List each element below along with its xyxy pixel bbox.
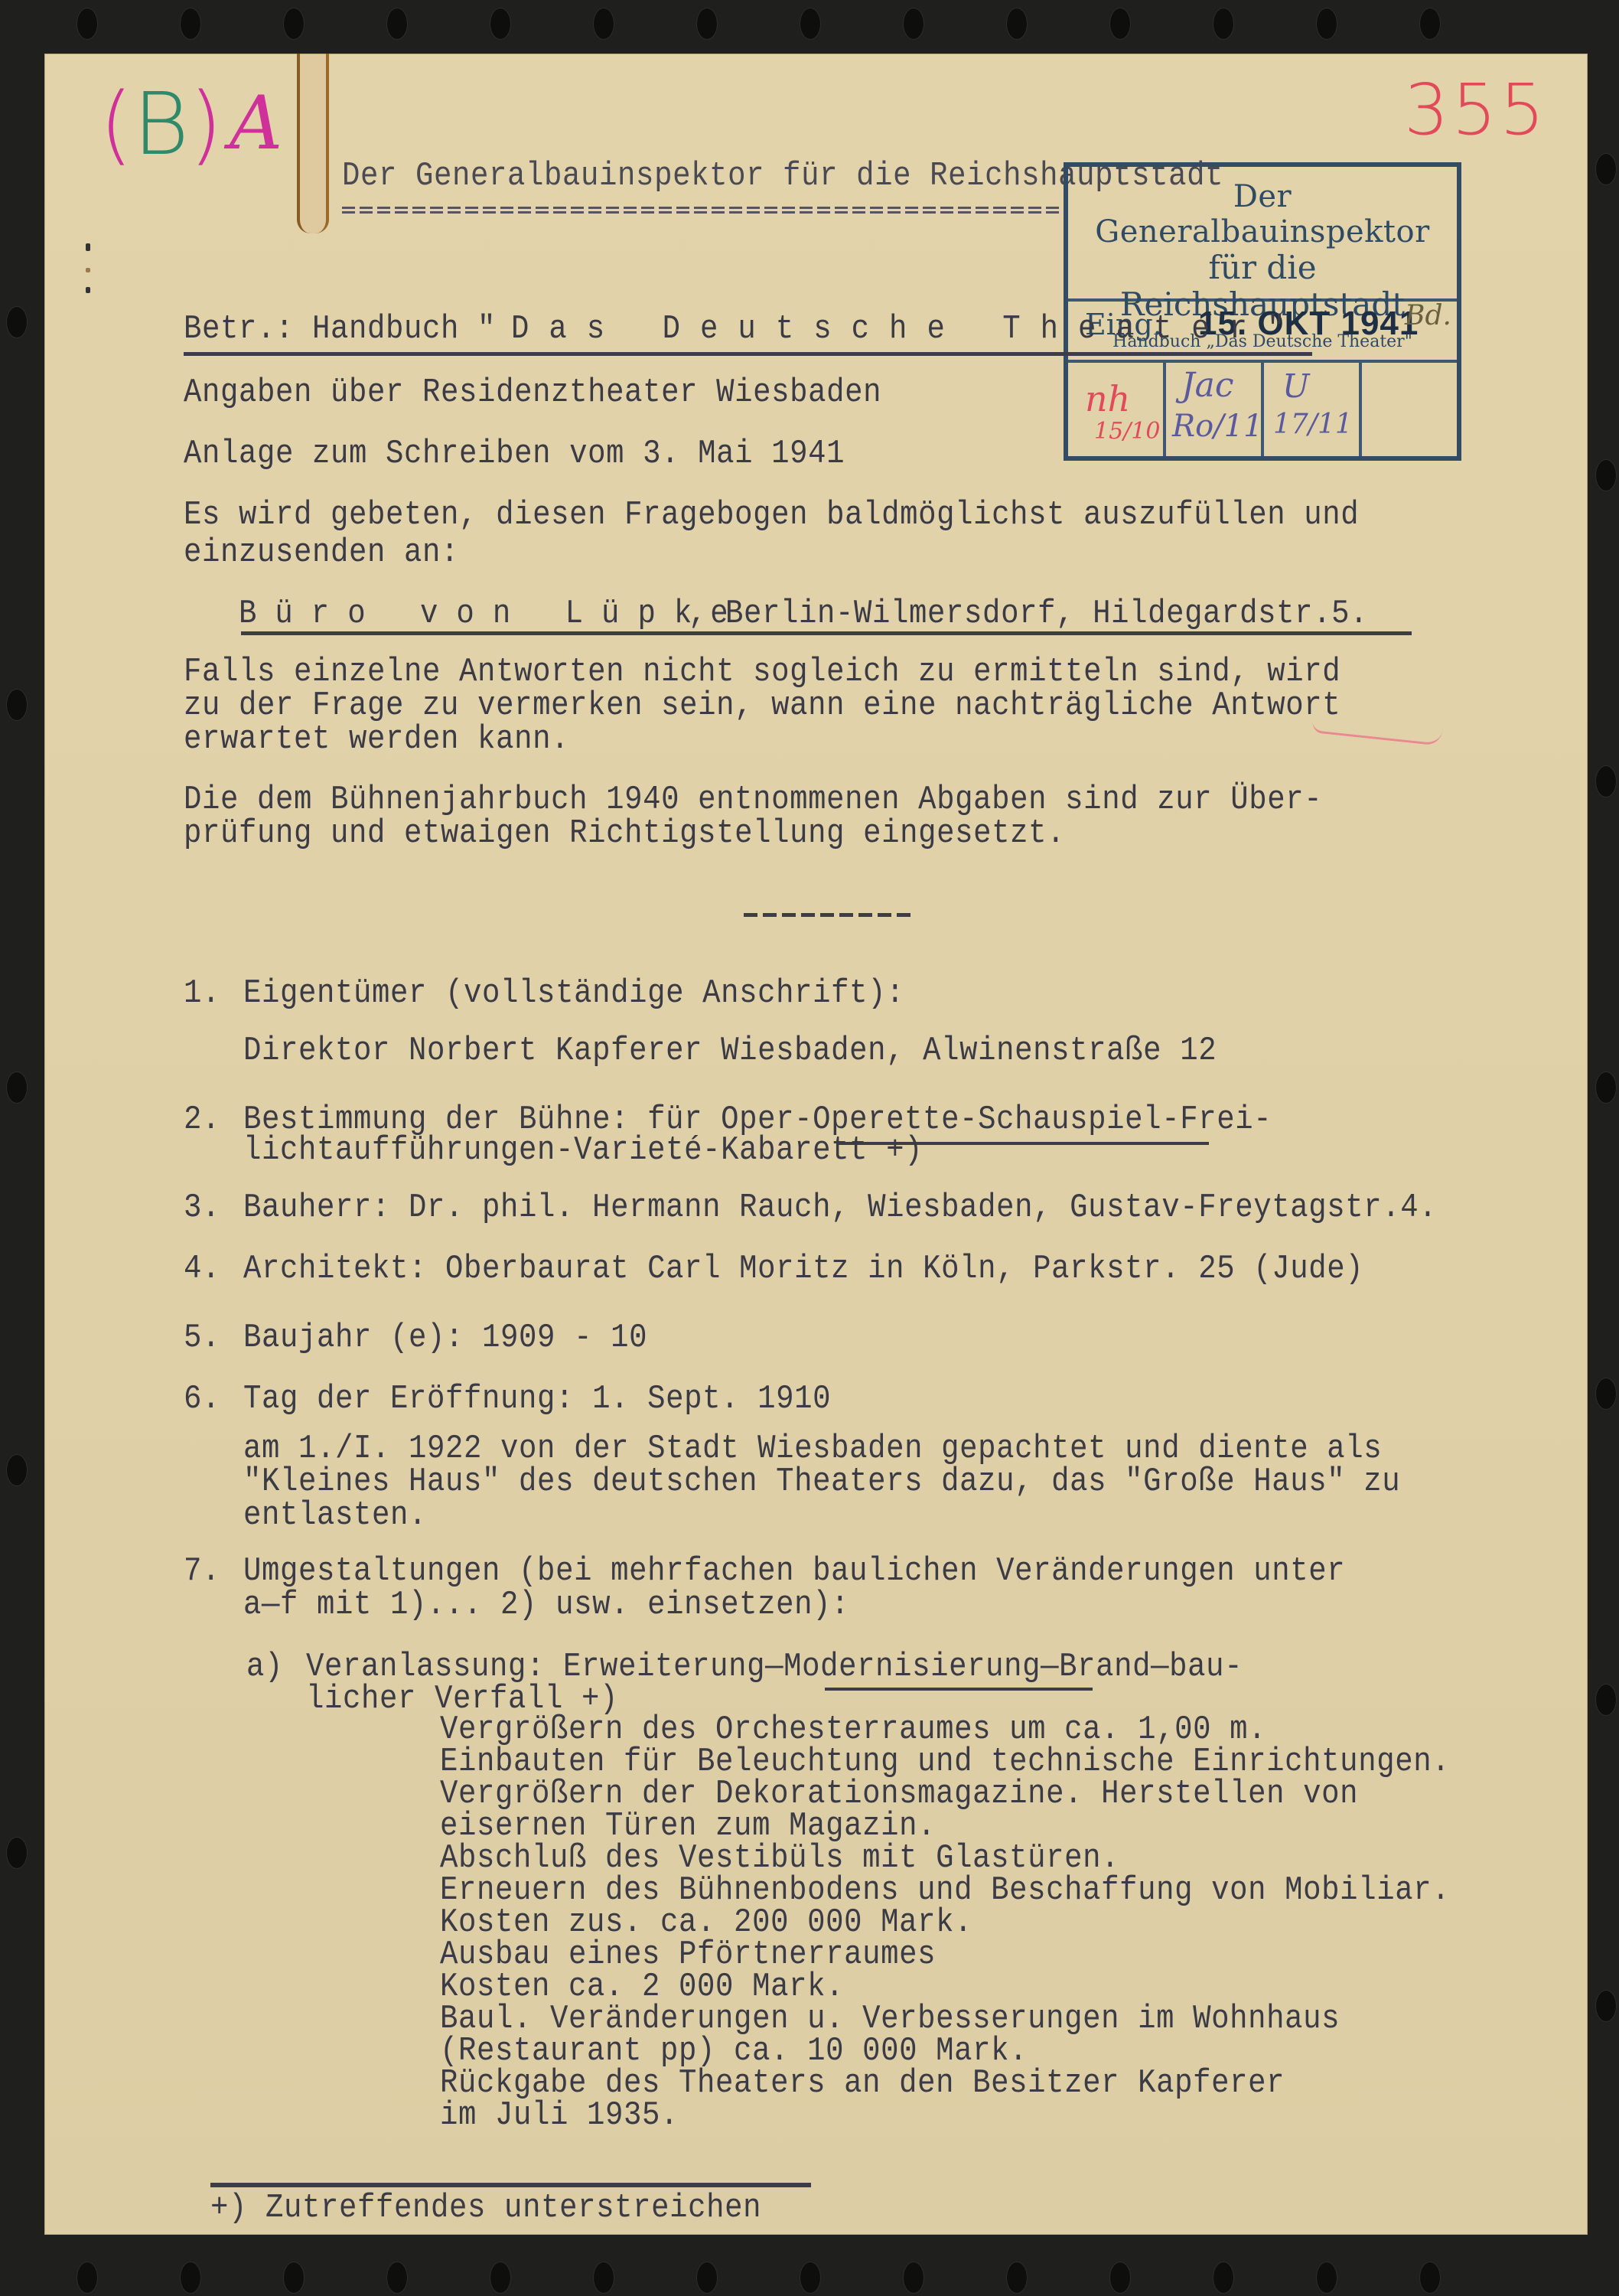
stamp-cell-1: nh 15/10 — [1068, 363, 1166, 456]
q6-answer-3: entlasten. — [243, 1496, 427, 1534]
q7a-selection-underline — [825, 1688, 1093, 1691]
footnote: +) Zutreffendes unterstreichen — [210, 2189, 761, 2226]
q3-line: Bauherr: Dr. phil. Hermann Rauch, Wiesba… — [243, 1189, 1437, 1226]
subject-prefix: Betr.: Handbuch " — [184, 310, 496, 347]
stamp-cell-3: U 17/11 — [1264, 363, 1362, 456]
q2-line-2: lichtaufführungen-Varieté-Kabarett +) — [243, 1131, 923, 1169]
stamp-line-1: Der Generalbauinspektor — [1068, 179, 1457, 249]
stamp-header: Der Generalbauinspektor für die Reichsha… — [1068, 167, 1457, 302]
stamp-cell-2: Jac Ro/11 — [1166, 363, 1264, 456]
followup-line-2: zu der Frage zu vermerken sein, wann ein… — [184, 687, 1340, 724]
stamp-initials: Bd. — [1405, 300, 1451, 331]
q6-line: Tag der Eröffnung: 1. Sept. 1910 — [243, 1380, 831, 1417]
stamp-routing-cells: nh 15/10 Jac Ro/11 U 17/11 — [1068, 363, 1457, 456]
q4-line: Architekt: Oberbaurat Carl Moritz in Köl… — [243, 1250, 1363, 1287]
request-line-1: Es wird gebeten, diesen Fragebogen baldm… — [184, 496, 1359, 533]
source-line-2: prüfung und etwaigen Richtigstellung ein… — [184, 814, 1065, 852]
q6-number: 6. — [184, 1380, 220, 1417]
punch-mark — [86, 268, 90, 272]
subject-underline — [184, 352, 1312, 356]
q7a-label: a) — [246, 1648, 283, 1685]
paper-clip-stain — [297, 54, 329, 233]
q5-line: Baujahr (e): 1909 - 10 — [243, 1319, 647, 1356]
office-underline — [241, 631, 1412, 635]
source-line-1: Die dem Bühnenjahrbuch 1940 entnommenen … — [184, 781, 1322, 818]
subject-title: Das Deutsche Theater" — [511, 310, 1305, 347]
q6-answer-2: "Kleines Haus" des deutschen Theaters da… — [243, 1463, 1400, 1500]
subject-about: Angaben über Residenztheater Wiesbaden — [184, 373, 881, 411]
followup-line-3: erwartet werden kann. — [184, 720, 569, 758]
q5-number: 5. — [184, 1319, 220, 1356]
q2-number: 2. — [184, 1101, 220, 1138]
punch-mark — [86, 243, 90, 251]
footnote-rule — [210, 2183, 811, 2187]
letterhead-double-rule — [342, 207, 1061, 214]
q7-line-1: Umgestaltungen (bei mehrfachen baulichen… — [243, 1552, 1345, 1590]
request-line-2: einzusenden an: — [184, 533, 459, 571]
followup-line-1: Falls einzelne Antworten nicht sogleich … — [184, 653, 1340, 690]
section-separator — [744, 913, 914, 917]
q4-number: 4. — [184, 1250, 220, 1287]
subject-enclosure: Anlage zum Schreiben vom 3. Mai 1941 — [184, 435, 845, 472]
q6-answer-1: am 1./I. 1922 von der Stadt Wiesbaden ge… — [243, 1430, 1382, 1467]
q1-label: Eigentümer (vollständige Anschrift): — [243, 974, 904, 1012]
archive-mark-b: (B) — [99, 75, 223, 174]
q3-number: 3. — [184, 1189, 220, 1226]
office-address: , Berlin-Wilmersdorf, Hildegardstr.5. — [689, 595, 1368, 632]
q1-number: 1. — [184, 974, 220, 1012]
q7-line-2: a—f mit 1)... 2) usw. einsetzen): — [243, 1586, 849, 1623]
office-name: Büro von Lüpke — [239, 595, 747, 632]
stamp-cell-4 — [1362, 363, 1457, 456]
q7-number: 7. — [184, 1552, 220, 1590]
q7a-detail: im Juli 1935. — [440, 2096, 679, 2134]
page-number: 355 — [1404, 69, 1548, 151]
q1-answer: Direktor Norbert Kapferer Wiesbaden, Alw… — [243, 1032, 1217, 1069]
archive-mark-a: A — [230, 80, 282, 166]
punch-mark — [86, 287, 90, 293]
